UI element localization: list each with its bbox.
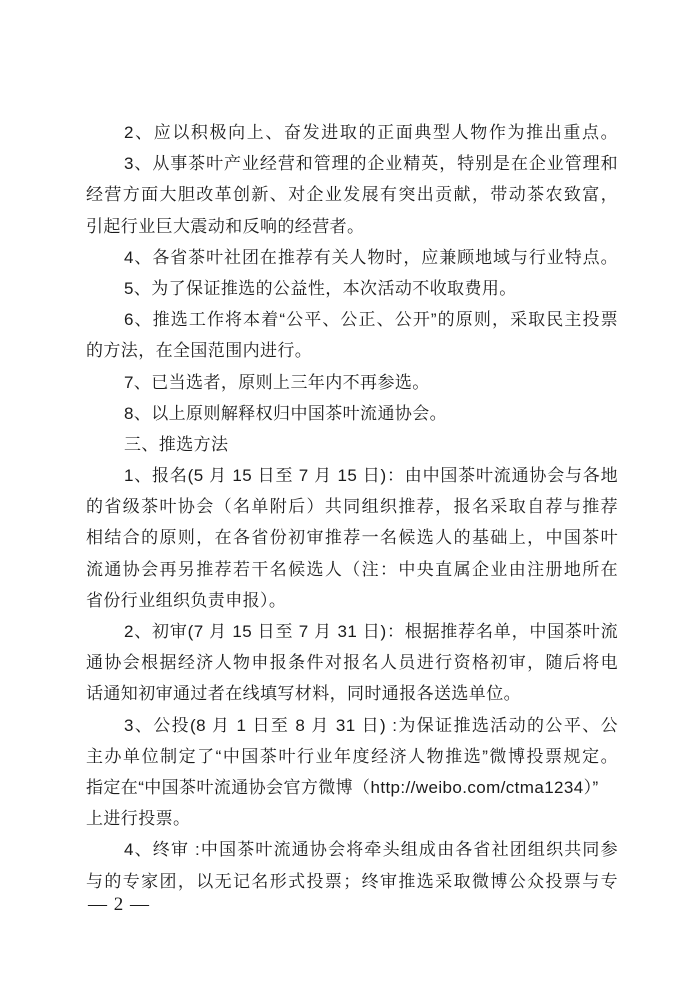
text-line: 2、应以积极向上、奋发进取的正面典型人物作为推出重点。 — [86, 117, 618, 148]
text-line: 与的专家团，以无记名形式投票；终审推选采取微博公众投票与专 — [86, 866, 618, 897]
text-line: 4、终审 :中国茶叶流通协会将牵头组成由各省社团组织共同参 — [86, 834, 618, 865]
text-line: 流通协会再另推荐若干名候选人（注：中央直属企业由注册地所在 — [86, 554, 618, 585]
text-line: 8、以上原则解释权归中国茶叶流通协会。 — [86, 398, 618, 429]
text-line: 相结合的原则，在各省份初审推荐一名候选人的基础上，中国茶叶 — [86, 522, 618, 553]
text-line: 4、各省茶叶社团在推荐有关人物时，应兼顾地域与行业特点。 — [86, 242, 618, 273]
text-line: 3、公投(8 月 1 日至 8 月 31 日) :为保证推选活动的公平、公正， — [86, 710, 618, 741]
text-line: 引起行业巨大震动和反响的经营者。 — [86, 211, 618, 242]
document-body: 2、应以积极向上、奋发进取的正面典型人物作为推出重点。 3、从事茶叶产业经营和管… — [86, 117, 618, 897]
text-line: 5、为了保证推选的公益性，本次活动不收取费用。 — [86, 273, 618, 304]
page-number: — 2 — — [88, 894, 150, 916]
text-line: 1、报名(5 月 15 日至 7 月 15 日)：由中国茶叶流通协会与各地 — [86, 460, 618, 491]
text-line: 上进行投票。 — [86, 803, 618, 834]
text-line: 的方法，在全国范围内进行。 — [86, 335, 618, 366]
text-line: 话通知初审通过者在线填写材料，同时通报各送选单位。 — [86, 678, 618, 709]
text-line: 省份行业组织负责申报）。 — [86, 585, 618, 616]
document-page: 2、应以积极向上、奋发进取的正面典型人物作为推出重点。 3、从事茶叶产业经营和管… — [0, 0, 699, 988]
section-heading: 三、推选方法 — [86, 429, 618, 460]
text-line: 经营方面大胆改革创新、对企业发展有突出贡献，带动茶农致富， — [86, 179, 618, 210]
text-line: 6、推选工作将本着“公平、公正、公开”的原则，采取民主投票 — [86, 304, 618, 335]
text-line: 2、初审(7 月 15 日至 7 月 31 日)：根据推荐名单，中国茶叶流 — [86, 616, 618, 647]
text-line: 的省级茶叶协会（名单附后）共同组织推荐，报名采取自荐与推荐 — [86, 491, 618, 522]
text-line: 通协会根据经济人物申报条件对报名人员进行资格初审，随后将电 — [86, 647, 618, 678]
text-line: 3、从事茶叶产业经营和管理的企业精英，特别是在企业管理和 — [86, 148, 618, 179]
text-line: 7、已当选者，原则上三年内不再参选。 — [86, 367, 618, 398]
text-line: 主办单位制定了“中国茶叶行业年度经济人物推选”微博投票规定。 — [86, 741, 618, 772]
text-line-weibo-url: 指定在“中国茶叶流通协会官方微博（http://weibo.com/ctma12… — [86, 772, 618, 803]
